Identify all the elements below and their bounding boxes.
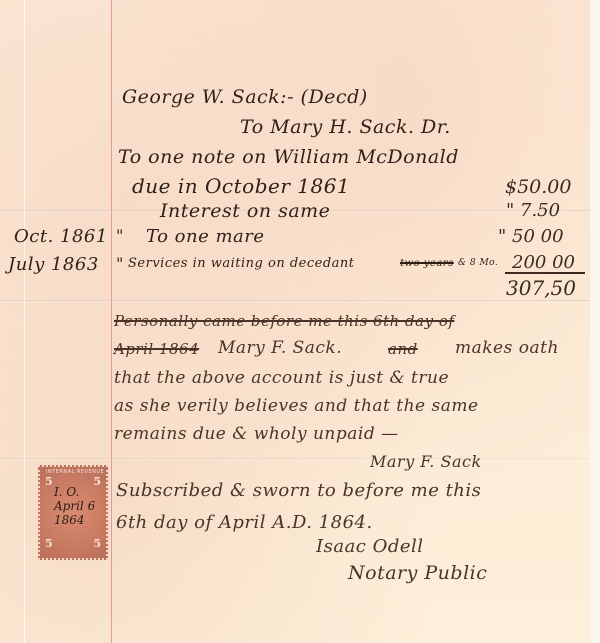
ledger-item-4-suffix: & 8 Mo. (458, 258, 498, 268)
stamp-denomination: 5 (93, 537, 101, 550)
ditto-mark: " (116, 226, 124, 245)
ledger-item-3-date: Oct. 1861 (14, 226, 108, 247)
ledger-item-2-amount: " 7.50 (506, 200, 560, 221)
ledger-item-3-amount: " 50 00 (498, 226, 564, 247)
scan-edge (590, 0, 600, 643)
stamp-denomination: 5 (45, 475, 53, 488)
revenue-stamp: INTERNAL REVENUE 5 5 5 5 I. O. April 6 1… (38, 465, 108, 560)
affidavit-signature: Mary F. Sack (370, 452, 482, 471)
ledger-item-1-line2: due in October 1861 (132, 174, 350, 198)
total-rule (505, 272, 585, 274)
ledger-item-4-description: Services in waiting on decedant (128, 256, 355, 271)
affidavit-line-4: as she verily believes and that the same (114, 396, 479, 416)
stamp-denomination: 5 (45, 537, 53, 550)
ledger-item-1-line1: To one note on William McDonald (118, 146, 459, 168)
ledger-item-4-struck: two years (400, 258, 454, 269)
affidavit-line-1-struck: Personally came before me this 6th day o… (114, 312, 454, 330)
ditto-mark: " (116, 254, 124, 273)
cancellation-initials: I. O. (54, 485, 95, 499)
ledger-item-2-description: Interest on same (160, 200, 330, 222)
creditor-heading: To Mary H. Sack. Dr. (240, 116, 451, 138)
fold-line (0, 458, 590, 460)
stamp-cancellation: I. O. April 6 1864 (54, 485, 95, 527)
affidavit-line-2-suffix: makes oath (455, 338, 559, 358)
red-margin-line (111, 0, 112, 643)
notary-name: Isaac Odell (316, 536, 424, 557)
left-rule-line (24, 0, 25, 643)
jurat-line-2: 6th day of April A.D. 1864. (116, 512, 373, 533)
ledger-item-1-amount: $50.00 (505, 176, 571, 198)
ledger-item-4-date: July 1863 (8, 254, 99, 275)
jurat-line-1: Subscribed & sworn to before me this (116, 480, 481, 501)
fold-line (0, 300, 590, 302)
affidavit-line-2-struck: April 1864 (114, 340, 199, 358)
debtor-heading: George W. Sack:- (Decd) (122, 86, 368, 108)
ledger-total: 307,50 (506, 276, 576, 300)
ledger-item-3-description: To one mare (146, 226, 265, 247)
affidavit-line-3: that the above account is just & true (114, 368, 449, 388)
affidavit-struck-and: and (388, 340, 418, 358)
cancellation-date: April 6 (54, 499, 95, 513)
cancellation-year: 1864 (54, 513, 95, 527)
affidavit-line-5: remains due & wholy unpaid — (114, 424, 399, 444)
ledger-item-4-amount: 200 00 (512, 252, 575, 273)
notary-title: Notary Public (348, 562, 487, 584)
affidavit-name: Mary F. Sack. (218, 338, 342, 358)
